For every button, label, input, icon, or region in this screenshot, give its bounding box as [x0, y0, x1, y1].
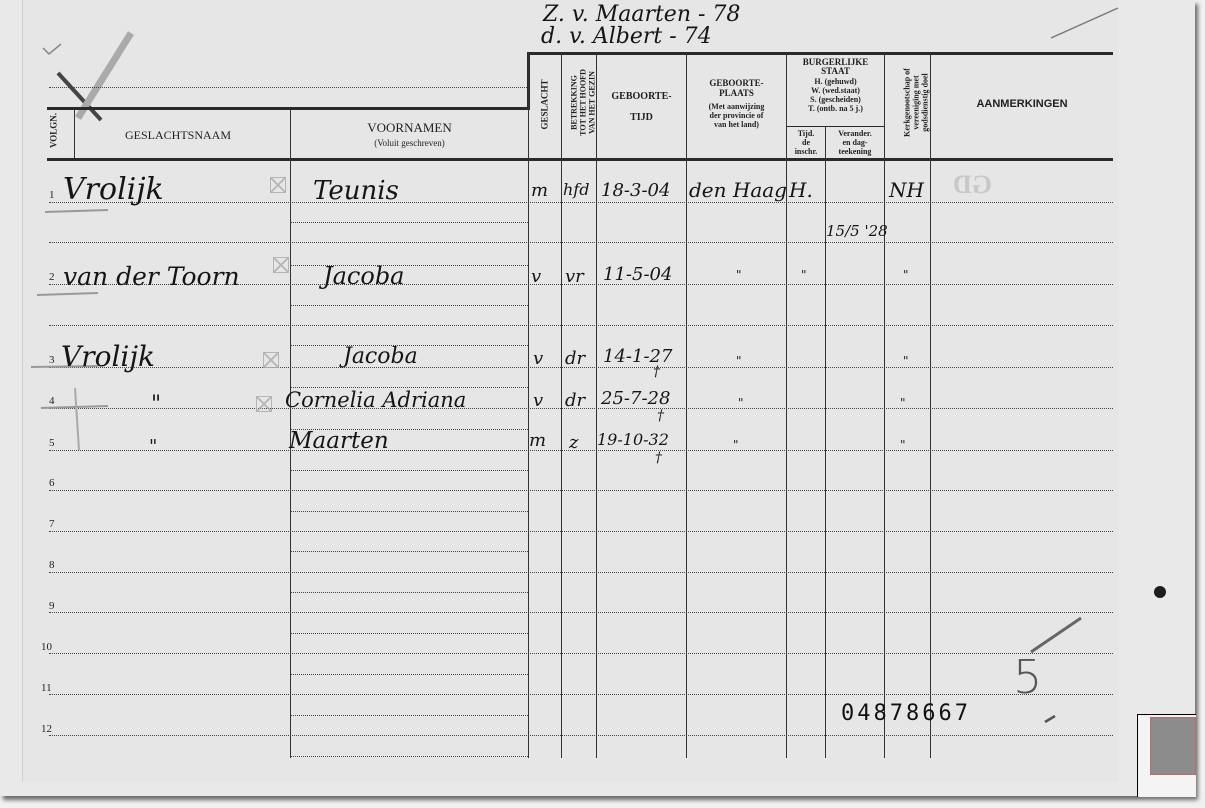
- header-betrekking-l1: BETREKKING: [570, 53, 579, 153]
- header-geboorteplaats-l1: GEBOORTE-: [687, 78, 786, 88]
- row2-sex: v: [531, 266, 541, 287]
- stamp-mark-icon: [256, 396, 272, 412]
- row2-relation: vr: [565, 266, 584, 287]
- row-line-10: [49, 653, 1113, 654]
- row5-birth-date: 19-10-32: [597, 430, 669, 449]
- row3-given: Jacoba: [343, 344, 418, 369]
- row1-surname: Vrolijk: [63, 172, 164, 207]
- row1-civil-change: 15/5 '28: [826, 222, 888, 240]
- stamp-mark-icon: [273, 257, 289, 273]
- row5-relation: z: [569, 432, 578, 453]
- row4-sex: v: [533, 390, 543, 411]
- row-line-2b: [49, 325, 1113, 326]
- image-viewer[interactable]: Z. v. Maarten - 78 d. v. Albert - 74: [0, 0, 1205, 808]
- header-bottom-border: [47, 158, 1113, 161]
- row1-civil-state: H.: [789, 178, 813, 202]
- row2-civil-state: ": [801, 268, 807, 282]
- row-line-1: [49, 202, 1113, 203]
- row1-birth-date: 18-3-04: [601, 180, 670, 201]
- header-geboortetijd-l1: GEBOORTE-: [597, 92, 686, 102]
- scanned-card: Z. v. Maarten - 78 d. v. Albert - 74: [0, 0, 1195, 796]
- ghost-stamp: GD: [953, 170, 992, 200]
- row-subline: [291, 470, 528, 471]
- header-top-border-right: [528, 52, 1113, 55]
- row4-birth-date: 25-7-28: [601, 388, 670, 409]
- header-verander-l2: en dag-: [826, 138, 884, 147]
- row-subline: [291, 511, 528, 512]
- header-kerk-l1: Kerkgenootschap of: [903, 53, 912, 153]
- row2-surname: van der Toorn: [63, 262, 240, 291]
- header-burgerlijke-l2: STAAT: [787, 66, 884, 76]
- header-geboorteplaats-sub3: van het land): [687, 120, 786, 129]
- header-voornamen: VOORNAMEN: [291, 120, 528, 136]
- header-tijd-l3: inschr.: [787, 147, 825, 156]
- row5-church: ": [900, 438, 906, 452]
- row-number: 11: [41, 682, 52, 694]
- header-geboorteplaats-l2: PLAATS: [687, 88, 786, 98]
- col-sep-volgn: [74, 110, 75, 158]
- row3-birth-date: 14-1-27: [603, 346, 672, 367]
- row3-birth-place: ": [736, 354, 742, 368]
- punch-hole: [1154, 586, 1166, 598]
- row-number: 12: [41, 723, 52, 735]
- row-line-8: [49, 572, 1113, 573]
- header-kerk-l3: godsdienstig doel: [921, 53, 930, 153]
- header-aanmerkingen: AANMERKINGEN: [931, 98, 1113, 110]
- header-burgerlijke-w: W. (wed.staat): [787, 86, 884, 95]
- row-number: 9: [49, 600, 55, 612]
- header-geslacht: GESLACHT: [541, 62, 550, 148]
- header-betrekking: BETREKKING TOT HET HOOFD VAN HET GEZIN: [561, 54, 596, 158]
- header-tijd-l2: de: [787, 138, 825, 147]
- header-top-border-left: [47, 107, 530, 110]
- row4-birth-place: ": [738, 396, 744, 410]
- row-subline: [291, 633, 528, 634]
- row-number: 8: [49, 559, 55, 571]
- row-subline: [291, 222, 528, 223]
- stamp-mark-icon: [263, 352, 279, 368]
- navigator-viewport[interactable]: [1150, 717, 1196, 775]
- header-voornamen-sub: (Voluit geschreven): [291, 138, 528, 148]
- row5-given: Maarten: [289, 428, 389, 454]
- header-kerk-l2: vereeniging met: [912, 53, 921, 153]
- row-line-1b: [49, 242, 1113, 243]
- row2-birth-place: ": [736, 268, 742, 282]
- row4-death-mark: †: [657, 408, 664, 424]
- header-geboorteplaats-sub1: (Met aanwijzing: [687, 102, 786, 111]
- row4-surname: ": [151, 392, 161, 417]
- row4-relation: dr: [565, 390, 585, 411]
- row-line-6: [49, 490, 1113, 491]
- top-annotation-line2: d. v. Albert - 74: [541, 24, 712, 49]
- row-subline: [291, 551, 528, 552]
- registration-form: Z. v. Maarten - 78 d. v. Albert - 74: [22, 0, 1118, 782]
- row2-given: Jacoba: [323, 262, 405, 290]
- header-burgerlijke-h: H. (gehuwd): [787, 77, 884, 86]
- row3-relation: dr: [565, 348, 585, 369]
- row1-church: NH: [889, 178, 924, 202]
- row1-sex: m: [531, 180, 548, 201]
- row-line-11: [49, 694, 1113, 695]
- header-geboortetijd-l2: TIJD: [597, 113, 686, 123]
- row-number: 6: [49, 477, 55, 489]
- row-line-12: [49, 735, 1113, 736]
- row3-surname: Vrolijk: [61, 340, 155, 373]
- row-subline: [291, 674, 528, 675]
- row2-church: ": [903, 268, 909, 282]
- header-betrekking-l3: VAN HET GEZIN: [588, 53, 597, 153]
- row4-church: ": [900, 396, 906, 410]
- header-betrekking-l2: TOT HET HOOFD: [579, 53, 588, 153]
- row-number: 10: [41, 641, 52, 653]
- burgerlijke-subheader-line: [787, 126, 884, 127]
- row1-given: Teunis: [313, 176, 399, 206]
- header-burgerlijke-s: S. (gescheiden): [787, 95, 884, 104]
- row-subline: [291, 592, 528, 593]
- row5-death-mark: †: [655, 450, 662, 466]
- row-subline: [291, 305, 528, 306]
- header-geboorteplaats-sub2: der provincie of: [687, 111, 786, 120]
- serial-number: 04878667: [841, 701, 971, 726]
- row5-sex: m: [529, 430, 546, 451]
- header-verander-l3: teekening: [826, 147, 884, 156]
- header-volgn: VOLGN.: [50, 106, 59, 156]
- row-line-7: [49, 531, 1113, 532]
- row1-birth-place: den Haag: [689, 178, 787, 202]
- row1-relation: hfd: [563, 180, 589, 199]
- row5-surname: ": [149, 436, 157, 457]
- header-geslachtsnaam: GESLACHTSNAAM: [98, 128, 258, 143]
- row-line-9: [49, 612, 1113, 613]
- row3-sex: v: [533, 348, 543, 369]
- row5-birth-place: ": [733, 438, 739, 452]
- row-line-5: [49, 450, 1113, 451]
- pencil-stroke-icon: [1043, 0, 1123, 45]
- row3-church: ": [903, 354, 909, 368]
- stamp-mark-icon: [270, 177, 286, 193]
- row-subline: [291, 715, 528, 716]
- header-dotted-line: [49, 87, 529, 88]
- header-tijd-l1: Tijd.: [787, 129, 825, 138]
- row-number: 7: [49, 518, 55, 530]
- pencil-strokes-icon: [1023, 610, 1093, 730]
- header-burgerlijke-t: T. (ontb. na 5 j.): [787, 104, 884, 113]
- header-verander-l1: Verander.: [826, 129, 884, 138]
- row4-given: Cornelia Adriana: [285, 388, 466, 412]
- row3-death-mark: †: [653, 364, 660, 380]
- row-subline: [291, 756, 528, 757]
- overview-navigator[interactable]: [1137, 714, 1196, 797]
- row2-birth-date: 11-5-04: [603, 264, 672, 285]
